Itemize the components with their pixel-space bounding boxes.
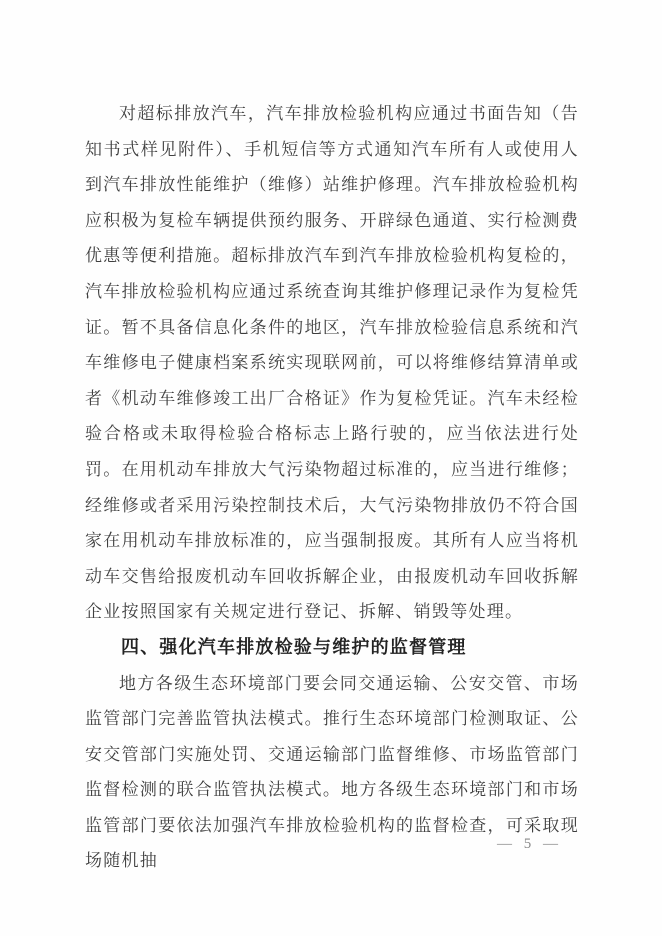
paragraph-emission-recheck-policy: 对超标排放汽车，汽车排放检验机构应通过书面告知（告知书式样见附件）、手机短信等方… bbox=[85, 96, 579, 630]
section-heading-supervision: 四、强化汽车排放检验与维护的监督管理 bbox=[85, 630, 579, 666]
page-number: — 5 — bbox=[497, 836, 562, 853]
document-page: 对超标排放汽车，汽车排放检验机构应通过书面告知（告知书式样见附件）、手机短信等方… bbox=[0, 0, 662, 936]
document-content: 对超标排放汽车，汽车排放检验机构应通过书面告知（告知书式样见附件）、手机短信等方… bbox=[85, 96, 579, 879]
